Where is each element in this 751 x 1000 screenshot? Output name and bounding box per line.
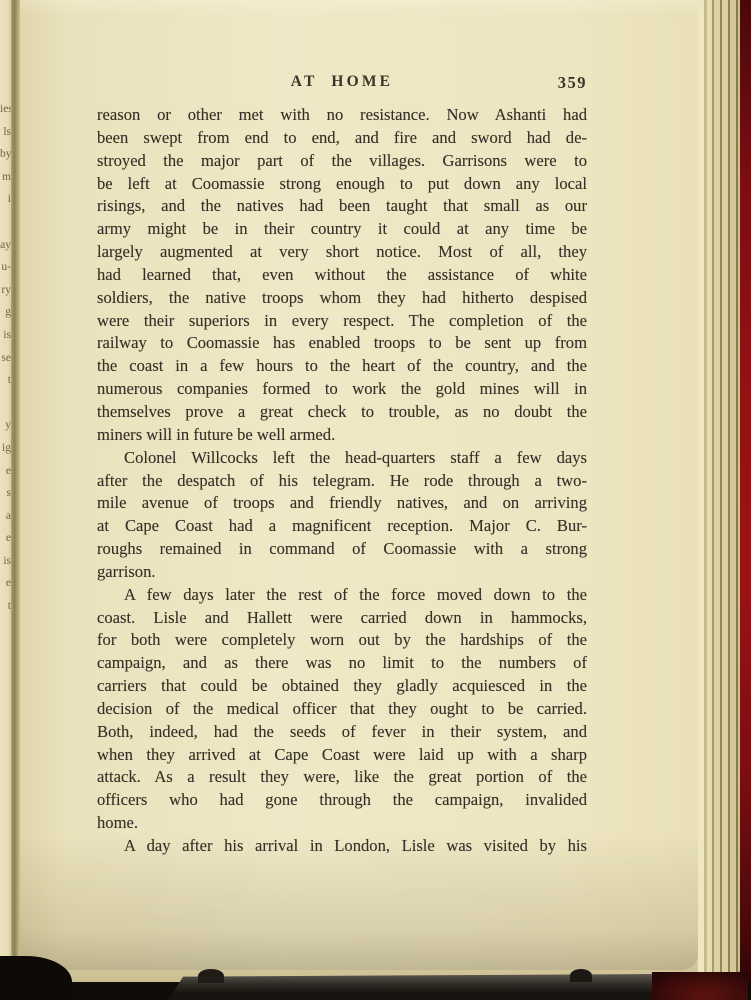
text-line: campaign, and as there was no limit to t… [97, 652, 587, 675]
fore-edge-page-stack [698, 0, 744, 986]
paragraph: Colonel Willcocks left the head-quarters… [97, 447, 587, 584]
text-fragment: t [0, 369, 11, 392]
text-line: decision of the medical officer that the… [97, 698, 587, 721]
text-fragment: ay [0, 234, 11, 257]
text-fragment [0, 211, 11, 234]
text-line: carriers that could be obtained they gla… [97, 675, 587, 698]
text-line: had learned that, even without the assis… [97, 264, 587, 287]
book-cradle-edge [168, 974, 673, 1000]
page-number: 359 [558, 73, 587, 93]
text-fragment: y [0, 414, 11, 437]
text-fragment: is [0, 324, 11, 347]
text-fragment: se [0, 347, 11, 370]
text-line: Both, indeed, had the seeds of fever in … [97, 721, 587, 744]
book-cover-red-strip [740, 0, 751, 1000]
text-line: home. [97, 812, 587, 835]
text-line: A few days later the rest of the force m… [97, 584, 587, 607]
page-header: AT HOME 359 [97, 73, 587, 95]
text-line: been swept from end to end, and fire and… [97, 127, 587, 150]
text-line: attack. As a result they were, like the … [97, 766, 587, 789]
text-line: themselves prove a great check to troubl… [97, 401, 587, 424]
text-line: Colonel Willcocks left the head-quarters… [97, 447, 587, 470]
text-line: numerous companies formed to work the go… [97, 378, 587, 401]
text-line: for both were completely worn out by the… [97, 629, 587, 652]
text-line: when they arrived at Cape Coast were lai… [97, 744, 587, 767]
text-line: miners will in future be well armed. [97, 424, 587, 447]
paragraph: A few days later the rest of the force m… [97, 584, 587, 835]
text-fragment: t [0, 595, 11, 618]
text-line: coast. Lisle and Hallett were carried do… [97, 607, 587, 630]
text-line: army might be in their country it could … [97, 218, 587, 241]
text-line: soldiers, the native troops whom they ha… [97, 287, 587, 310]
running-title: AT HOME [97, 73, 587, 91]
book-page: AT HOME 359 reason or other met with no … [20, 0, 698, 970]
text-fragment: ig [0, 437, 11, 460]
text-line: the coast in a few hours to the heart of… [97, 355, 587, 378]
text-block-body: reason or other met with no resistance. … [97, 104, 587, 858]
text-fragment: u- [0, 256, 11, 279]
text-fragment: i [0, 188, 11, 211]
paragraph: reason or other met with no resistance. … [97, 104, 587, 447]
text-fragment: e [0, 572, 11, 595]
facing-page-edge: ieslsbymiayu-rygissetyigesaeiset [0, 0, 11, 980]
text-fragment: a [0, 505, 11, 528]
text-line: officers who had gone through the campai… [97, 789, 587, 812]
text-fragment: ies [0, 98, 11, 121]
cradle-clip-right [570, 969, 592, 982]
text-fragment: e [0, 460, 11, 483]
text-fragment: is [0, 550, 11, 573]
text-line: railway to Coomassie has enabled troops … [97, 332, 587, 355]
text-line: be left at Coomassie strong enough to pu… [97, 173, 587, 196]
text-fragment [0, 618, 11, 641]
text-line: stroyed the major part of the villages. … [97, 150, 587, 173]
text-line: largely augmented at very short notice. … [97, 241, 587, 264]
text-line: at Cape Coast had a magnificent receptio… [97, 515, 587, 538]
text-fragment: e [0, 527, 11, 550]
cradle-clip-left [198, 969, 224, 983]
text-line: A day after his arrival in London, Lisle… [97, 835, 587, 858]
paragraph: A day after his arrival in London, Lisle… [97, 835, 587, 858]
text-line: garrison. [97, 561, 587, 584]
text-fragment [0, 392, 11, 415]
text-line: after the despatch of his telegram. He r… [97, 470, 587, 493]
text-line: reason or other met with no resistance. … [97, 104, 587, 127]
text-fragment: m [0, 166, 11, 189]
bottom-cover-red-glow [652, 972, 748, 1000]
text-fragment: ry [0, 279, 11, 302]
text-line: were their superiors in every respect. T… [97, 310, 587, 333]
gutter-shadow [11, 0, 20, 983]
book-scan-scene: ieslsbymiayu-rygissetyigesaeiset AT HOME… [0, 0, 751, 1000]
facing-page-text-fragments: ieslsbymiayu-rygissetyigesaeiset [0, 98, 11, 640]
text-fragment: s [0, 482, 11, 505]
text-fragment: by [0, 143, 11, 166]
text-line: risings, and the natives had been taught… [97, 195, 587, 218]
text-fragment: ls [0, 121, 11, 144]
text-line: roughs remained in command of Coomassie … [97, 538, 587, 561]
text-line: mile avenue of troops and friendly nativ… [97, 492, 587, 515]
text-fragment: g [0, 301, 11, 324]
